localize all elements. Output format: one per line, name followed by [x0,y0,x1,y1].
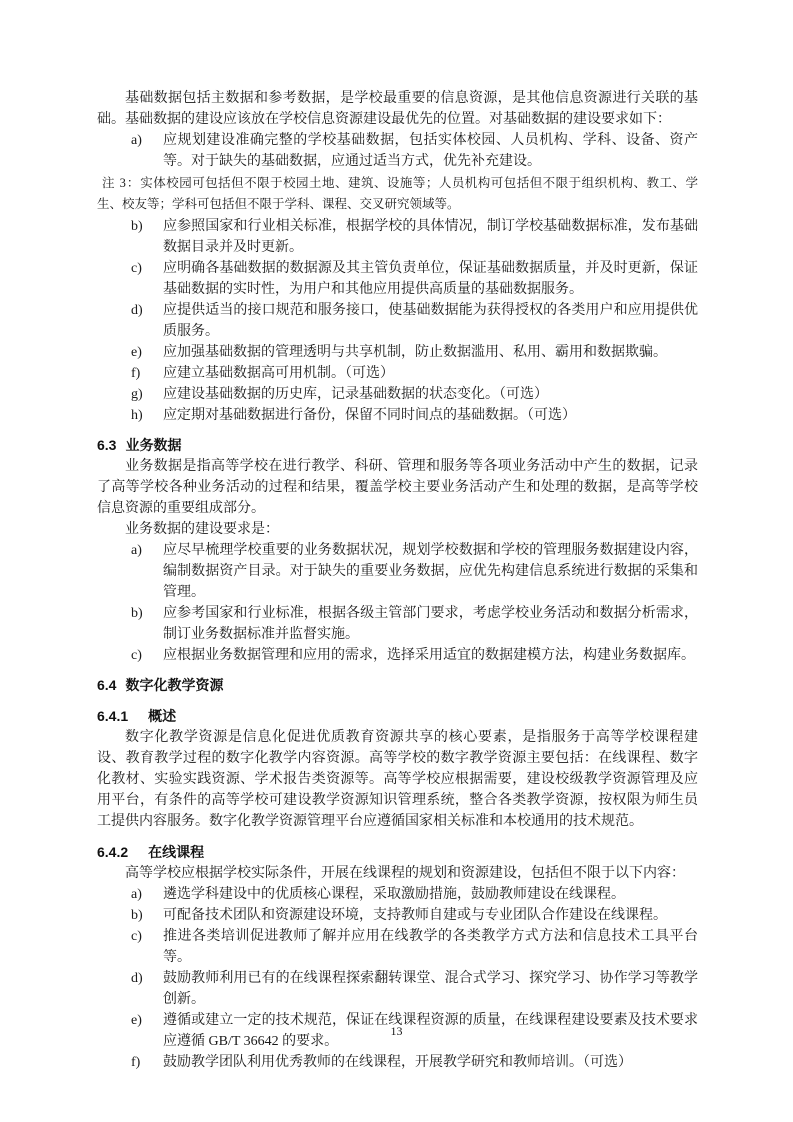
clause-item: h) 应定期对基础数据进行备份，保留不同时间点的基础数据。（可选） [97,405,698,426]
note-text: 实体校园可包括但不限于校园土地、建筑、设施等；人员机构可包括但不限于组织机构、教… [97,176,698,211]
clause-item-text: 可配备技术团队和资源建设环境，支持教师自建或与专业团队合作建设在线课程。 [163,905,698,926]
clause-item-marker: c) [131,258,163,300]
clause-item-text: 鼓励教学团队利用优秀教师的在线课程，开展教学研究和教师培训。（可选） [163,1052,698,1073]
clause-item: d) 应提供适当的接口规范和服务接口，使基础数据能为获得授权的各类用户和应用提供… [97,300,698,342]
clause-item-marker: d) [131,968,163,1010]
paragraph-business-data-requirements: 业务数据的建设要求是： [97,519,698,540]
clause-item-text: 遴选学科建设中的优质核心课程，采取激励措施，鼓励教师建设在线课程。 [163,884,698,905]
clause-item-text: 应参照国家和行业相关标准，根据学校的具体情况，制订学校基础数据标准，发布基础数据… [163,216,698,258]
section-heading-6-4-2: 6.4.2在线课程 [97,842,698,863]
clause-item: c) 推进各类培训促进教师了解并应用在线教学的各类教学方式方法和信息技术工具平台… [97,926,698,968]
clause-item: a) 应尽早梳理学校重要的业务数据状况，规划学校数据和学校的管理服务数据建设内容… [97,540,698,603]
section-title: 数字化教学资源 [125,677,223,693]
section-heading-6-3: 6.3业务数据 [97,435,698,456]
clause-item-text: 推进各类培训促进教师了解并应用在线教学的各类教学方式方法和信息技术工具平台等。 [163,926,698,968]
clause-item: g) 应建设基础数据的历史库，记录基础数据的状态变化。（可选） [97,384,698,405]
clause-item: e) 应加强基础数据的管理透明与共享机制，防止数据滥用、私用、霸用和数据欺骗。 [97,342,698,363]
section-heading-6-4: 6.4数字化教学资源 [97,675,698,696]
note-3: 注 3：实体校园可包括但不限于校园土地、建筑、设施等；人员机构可包括但不限于组织… [97,173,698,215]
section-title: 业务数据 [125,437,181,453]
clause-item-text: 应建设基础数据的历史库，记录基础数据的状态变化。（可选） [163,384,698,405]
clause-item-marker: f) [131,363,163,384]
clause-item: a) 应规划建设准确完整的学校基础数据，包括实体校园、人员机构、学科、设备、资产… [97,130,698,172]
clause-item: f) 鼓励教学团队利用优秀教师的在线课程，开展教学研究和教师培训。（可选） [97,1052,698,1073]
clause-item-text: 应明确各基础数据的数据源及其主管负责单位，保证基础数据质量，并及时更新，保证基础… [163,258,698,300]
clause-item-text: 应参考国家和行业标准，根据各级主管部门要求，考虑学校业务活动和数据分析需求，制订… [163,603,698,645]
clause-item-text: 鼓励教师利用已有的在线课程探索翻转课堂、混合式学习、探究学习、协作学习等教学创新… [163,968,698,1010]
section-number: 6.4 [97,677,116,693]
clause-item-marker: d) [131,300,163,342]
clause-item: f) 应建立基础数据高可用机制。（可选） [97,363,698,384]
section-number: 6.3 [97,437,116,453]
clause-item-text: 应加强基础数据的管理透明与共享机制，防止数据滥用、私用、霸用和数据欺骗。 [163,342,698,363]
clause-item: d) 鼓励教师利用已有的在线课程探索翻转课堂、混合式学习、探究学习、协作学习等教… [97,968,698,1010]
clause-item-text: 应定期对基础数据进行备份，保留不同时间点的基础数据。（可选） [163,405,698,426]
clause-item: b) 应参考国家和行业标准，根据各级主管部门要求，考虑学校业务活动和数据分析需求… [97,603,698,645]
clause-item-marker: a) [131,540,163,603]
clause-item: c) 应根据业务数据管理和应用的需求，选择采用适宜的数据建模方法，构建业务数据库… [97,645,698,666]
clause-item: c) 应明确各基础数据的数据源及其主管负责单位，保证基础数据质量，并及时更新，保… [97,258,698,300]
page-content: 基础数据包括主数据和参考数据，是学校最重要的信息资源，是其他信息资源进行关联的基… [97,88,698,1073]
clause-item-marker: a) [131,884,163,905]
clause-item-marker: g) [131,384,163,405]
paragraph-online-course-intro: 高等学校应根据学校实际条件，开展在线课程的规划和资源建设，包括但不限于以下内容： [97,863,698,884]
section-number: 6.4.2 [97,844,128,860]
clause-item: b) 应参照国家和行业相关标准，根据学校的具体情况，制订学校基础数据标准，发布基… [97,216,698,258]
note-label: 注 3： [102,176,140,190]
clause-item-text: 应根据业务数据管理和应用的需求，选择采用适宜的数据建模方法，构建业务数据库。 [163,645,698,666]
clause-item-marker: c) [131,926,163,968]
clause-item-marker: b) [131,603,163,645]
clause-item-text: 应规划建设准确完整的学校基础数据，包括实体校园、人员机构、学科、设备、资产等。对… [163,130,698,172]
document-page: 基础数据包括主数据和参考数据，是学校最重要的信息资源，是其他信息资源进行关联的基… [0,0,793,1122]
clause-item-marker: f) [131,1052,163,1073]
section-title: 在线课程 [148,844,204,860]
section-heading-6-4-1: 6.4.1概述 [97,706,698,727]
paragraph-business-data-definition: 业务数据是指高等学校在进行教学、科研、管理和服务等各项业务活动中产生的数据，记录… [97,456,698,519]
clause-item-marker: a) [131,130,163,172]
page-number: 13 [0,1024,793,1039]
paragraph-basic-data-intro: 基础数据包括主数据和参考数据，是学校最重要的信息资源，是其他信息资源进行关联的基… [97,88,698,130]
clause-item-text: 应提供适当的接口规范和服务接口，使基础数据能为获得授权的各类用户和应用提供优质服… [163,300,698,342]
paragraph-digital-teaching-resources-overview: 数字化教学资源是信息化促进优质教育资源共享的核心要素，是指服务于高等学校课程建设… [97,727,698,832]
clause-item: b) 可配备技术团队和资源建设环境，支持教师自建或与专业团队合作建设在线课程。 [97,905,698,926]
clause-item-marker: h) [131,405,163,426]
section-number: 6.4.1 [97,708,128,724]
section-title: 概述 [148,708,176,724]
clause-item-marker: b) [131,905,163,926]
clause-item-text: 应尽早梳理学校重要的业务数据状况，规划学校数据和学校的管理服务数据建设内容，编制… [163,540,698,603]
clause-item-marker: e) [131,342,163,363]
clause-item: a) 遴选学科建设中的优质核心课程，采取激励措施，鼓励教师建设在线课程。 [97,884,698,905]
clause-item-text: 应建立基础数据高可用机制。（可选） [163,363,698,384]
clause-item-marker: c) [131,645,163,666]
clause-item-marker: b) [131,216,163,258]
